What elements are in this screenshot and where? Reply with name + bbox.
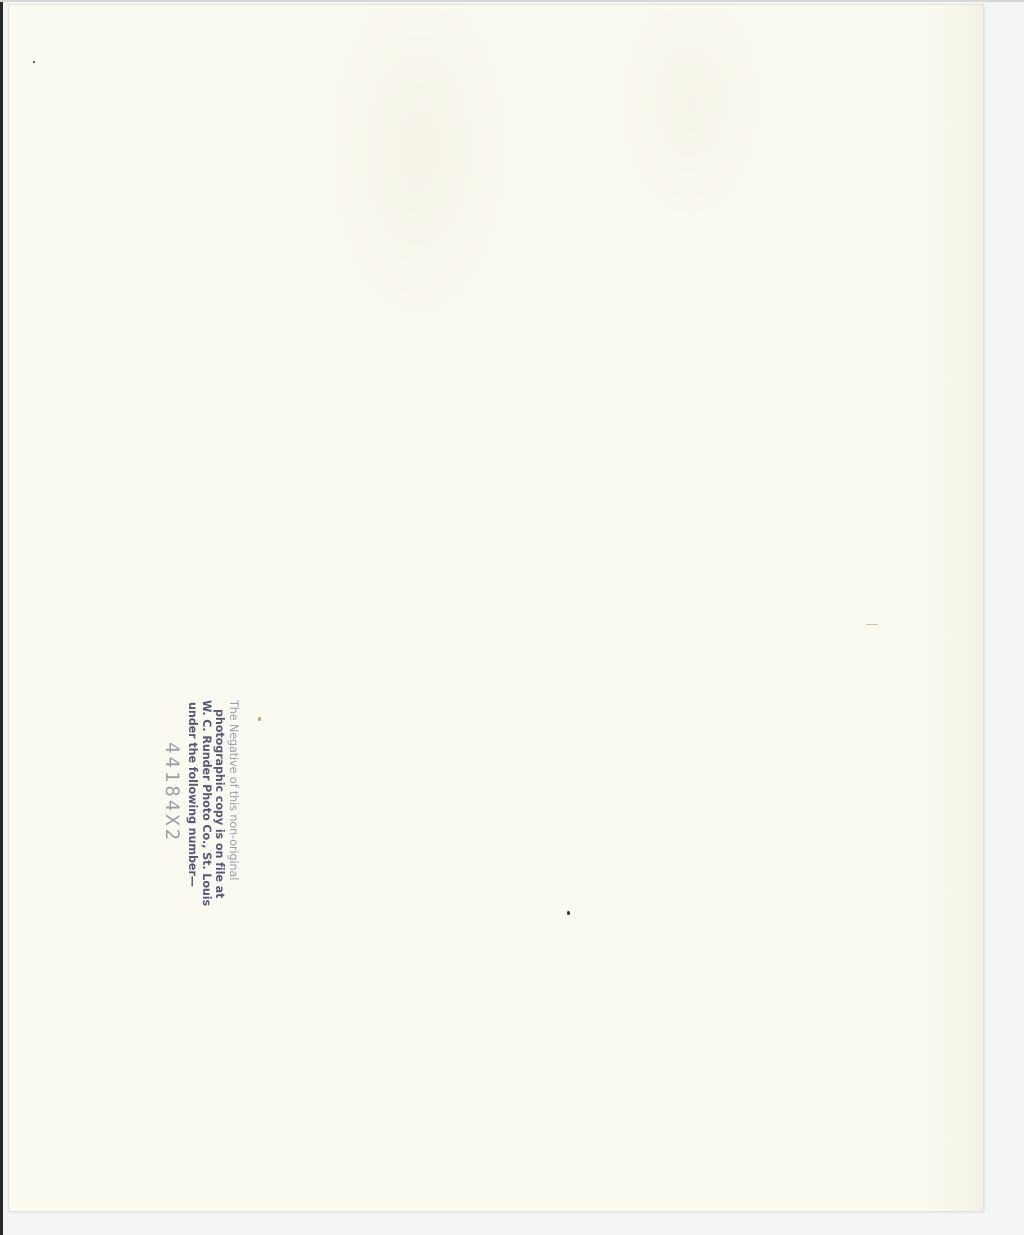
dust-speck [567, 911, 570, 915]
negative-file-stamp: The Negative of this non-original photog… [130, 700, 240, 940]
stamp-line-2: photographic copy is on file at [213, 700, 227, 940]
stamp-line-1: The Negative of this non-original [227, 700, 241, 940]
scanner-edge-top [0, 0, 1024, 2]
dust-speck [866, 624, 878, 625]
scanner-edge [0, 0, 3, 1235]
photo-back-paper [9, 5, 983, 1211]
stamp-text-block: The Negative of this non-original photog… [165, 700, 241, 940]
dust-speck [33, 61, 35, 63]
negative-number: 44184X2 [165, 700, 179, 940]
dust-speck [258, 717, 261, 721]
stamp-line-4: under the following number— [186, 700, 200, 940]
stamp-line-3: W. C. Runder Photo Co., St. Louis [200, 700, 214, 940]
